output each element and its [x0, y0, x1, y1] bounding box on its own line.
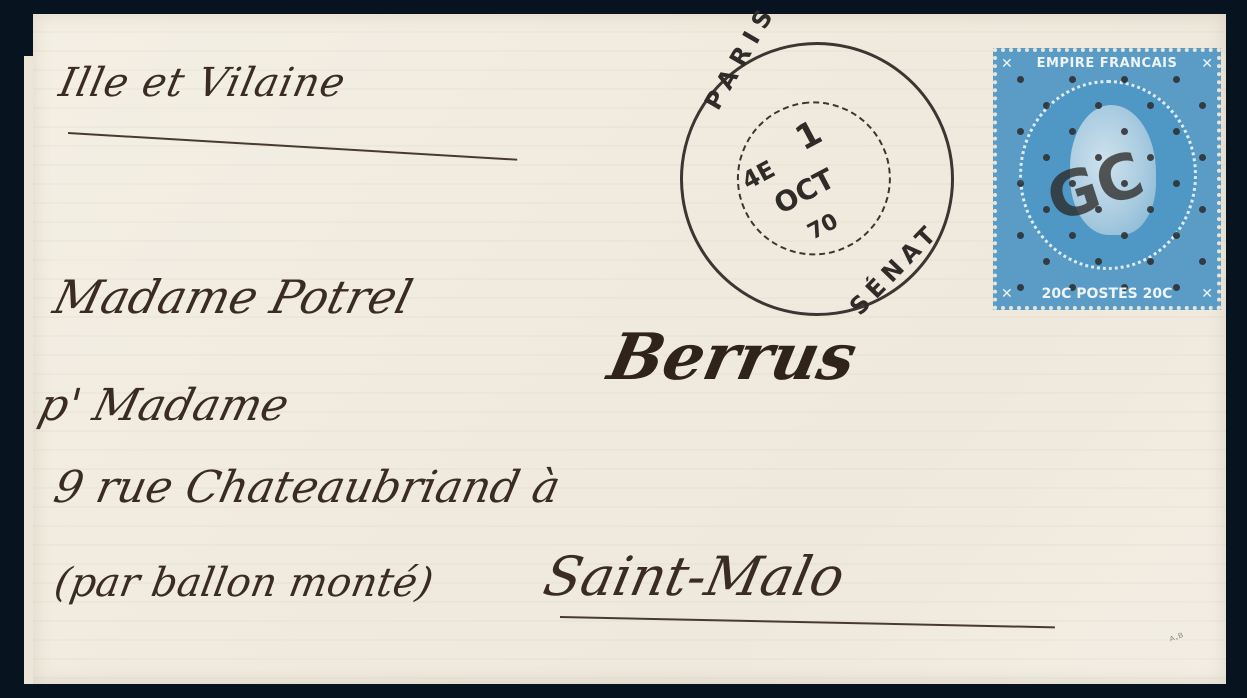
cancel-dot — [1173, 128, 1180, 135]
cancel-dot — [1095, 102, 1102, 109]
cancel-dot — [1121, 76, 1128, 83]
recipient-surname: Berrus — [602, 320, 863, 395]
cancel-dot — [1199, 206, 1206, 213]
cancel-dot — [1095, 154, 1102, 161]
cancel-dot — [1199, 102, 1206, 109]
destination-city: Saint-Malo — [538, 545, 850, 608]
stamp-top-label: EMPIRE FRANCAIS — [997, 56, 1217, 71]
cancel-dot — [1017, 180, 1024, 187]
cancel-dot — [1173, 76, 1180, 83]
cancel-dot — [1017, 128, 1024, 135]
cancel-dot — [1017, 232, 1024, 239]
address-street: 9 rue Chateaubriand à — [50, 462, 565, 513]
address-line-1: Madame Potrel — [48, 270, 418, 324]
postage-stamp: EMPIRE FRANCAIS ✕ ✕ GC ✕ ✕ 20C POSTES 20… — [993, 48, 1221, 310]
cancel-dot — [1069, 76, 1076, 83]
cancel-dot — [1199, 154, 1206, 161]
stamp-bottom-label: 20C POSTES 20C — [997, 286, 1217, 302]
cancel-dot — [1095, 206, 1102, 213]
cancel-dot — [1121, 232, 1128, 239]
department-note: Ille et Vilaine — [55, 60, 350, 106]
cancel-dot — [1121, 128, 1128, 135]
cancel-dot — [1095, 258, 1102, 265]
stamp-corner-x-icon: ✕ — [1201, 56, 1213, 72]
address-line-2: p' Madame — [34, 380, 294, 431]
cancel-dot — [1147, 206, 1154, 213]
cancel-dot — [1147, 102, 1154, 109]
routing-note: (par ballon monté) — [51, 560, 437, 606]
cancel-dot — [1147, 154, 1154, 161]
cancel-dot — [1017, 76, 1024, 83]
cancel-dot — [1043, 258, 1050, 265]
cancel-dot — [1043, 154, 1050, 161]
cancel-dot — [1069, 128, 1076, 135]
cancel-dot — [1173, 232, 1180, 239]
cancel-dot — [1069, 232, 1076, 239]
cancel-dot — [1043, 102, 1050, 109]
cancel-dot — [1147, 258, 1154, 265]
stamp-corner-x-icon: ✕ — [1001, 56, 1013, 72]
cancel-dot — [1043, 206, 1050, 213]
cancel-dot — [1121, 180, 1128, 187]
cancel-dot — [1199, 258, 1206, 265]
cancel-dot — [1173, 180, 1180, 187]
cancel-dot — [1069, 180, 1076, 187]
